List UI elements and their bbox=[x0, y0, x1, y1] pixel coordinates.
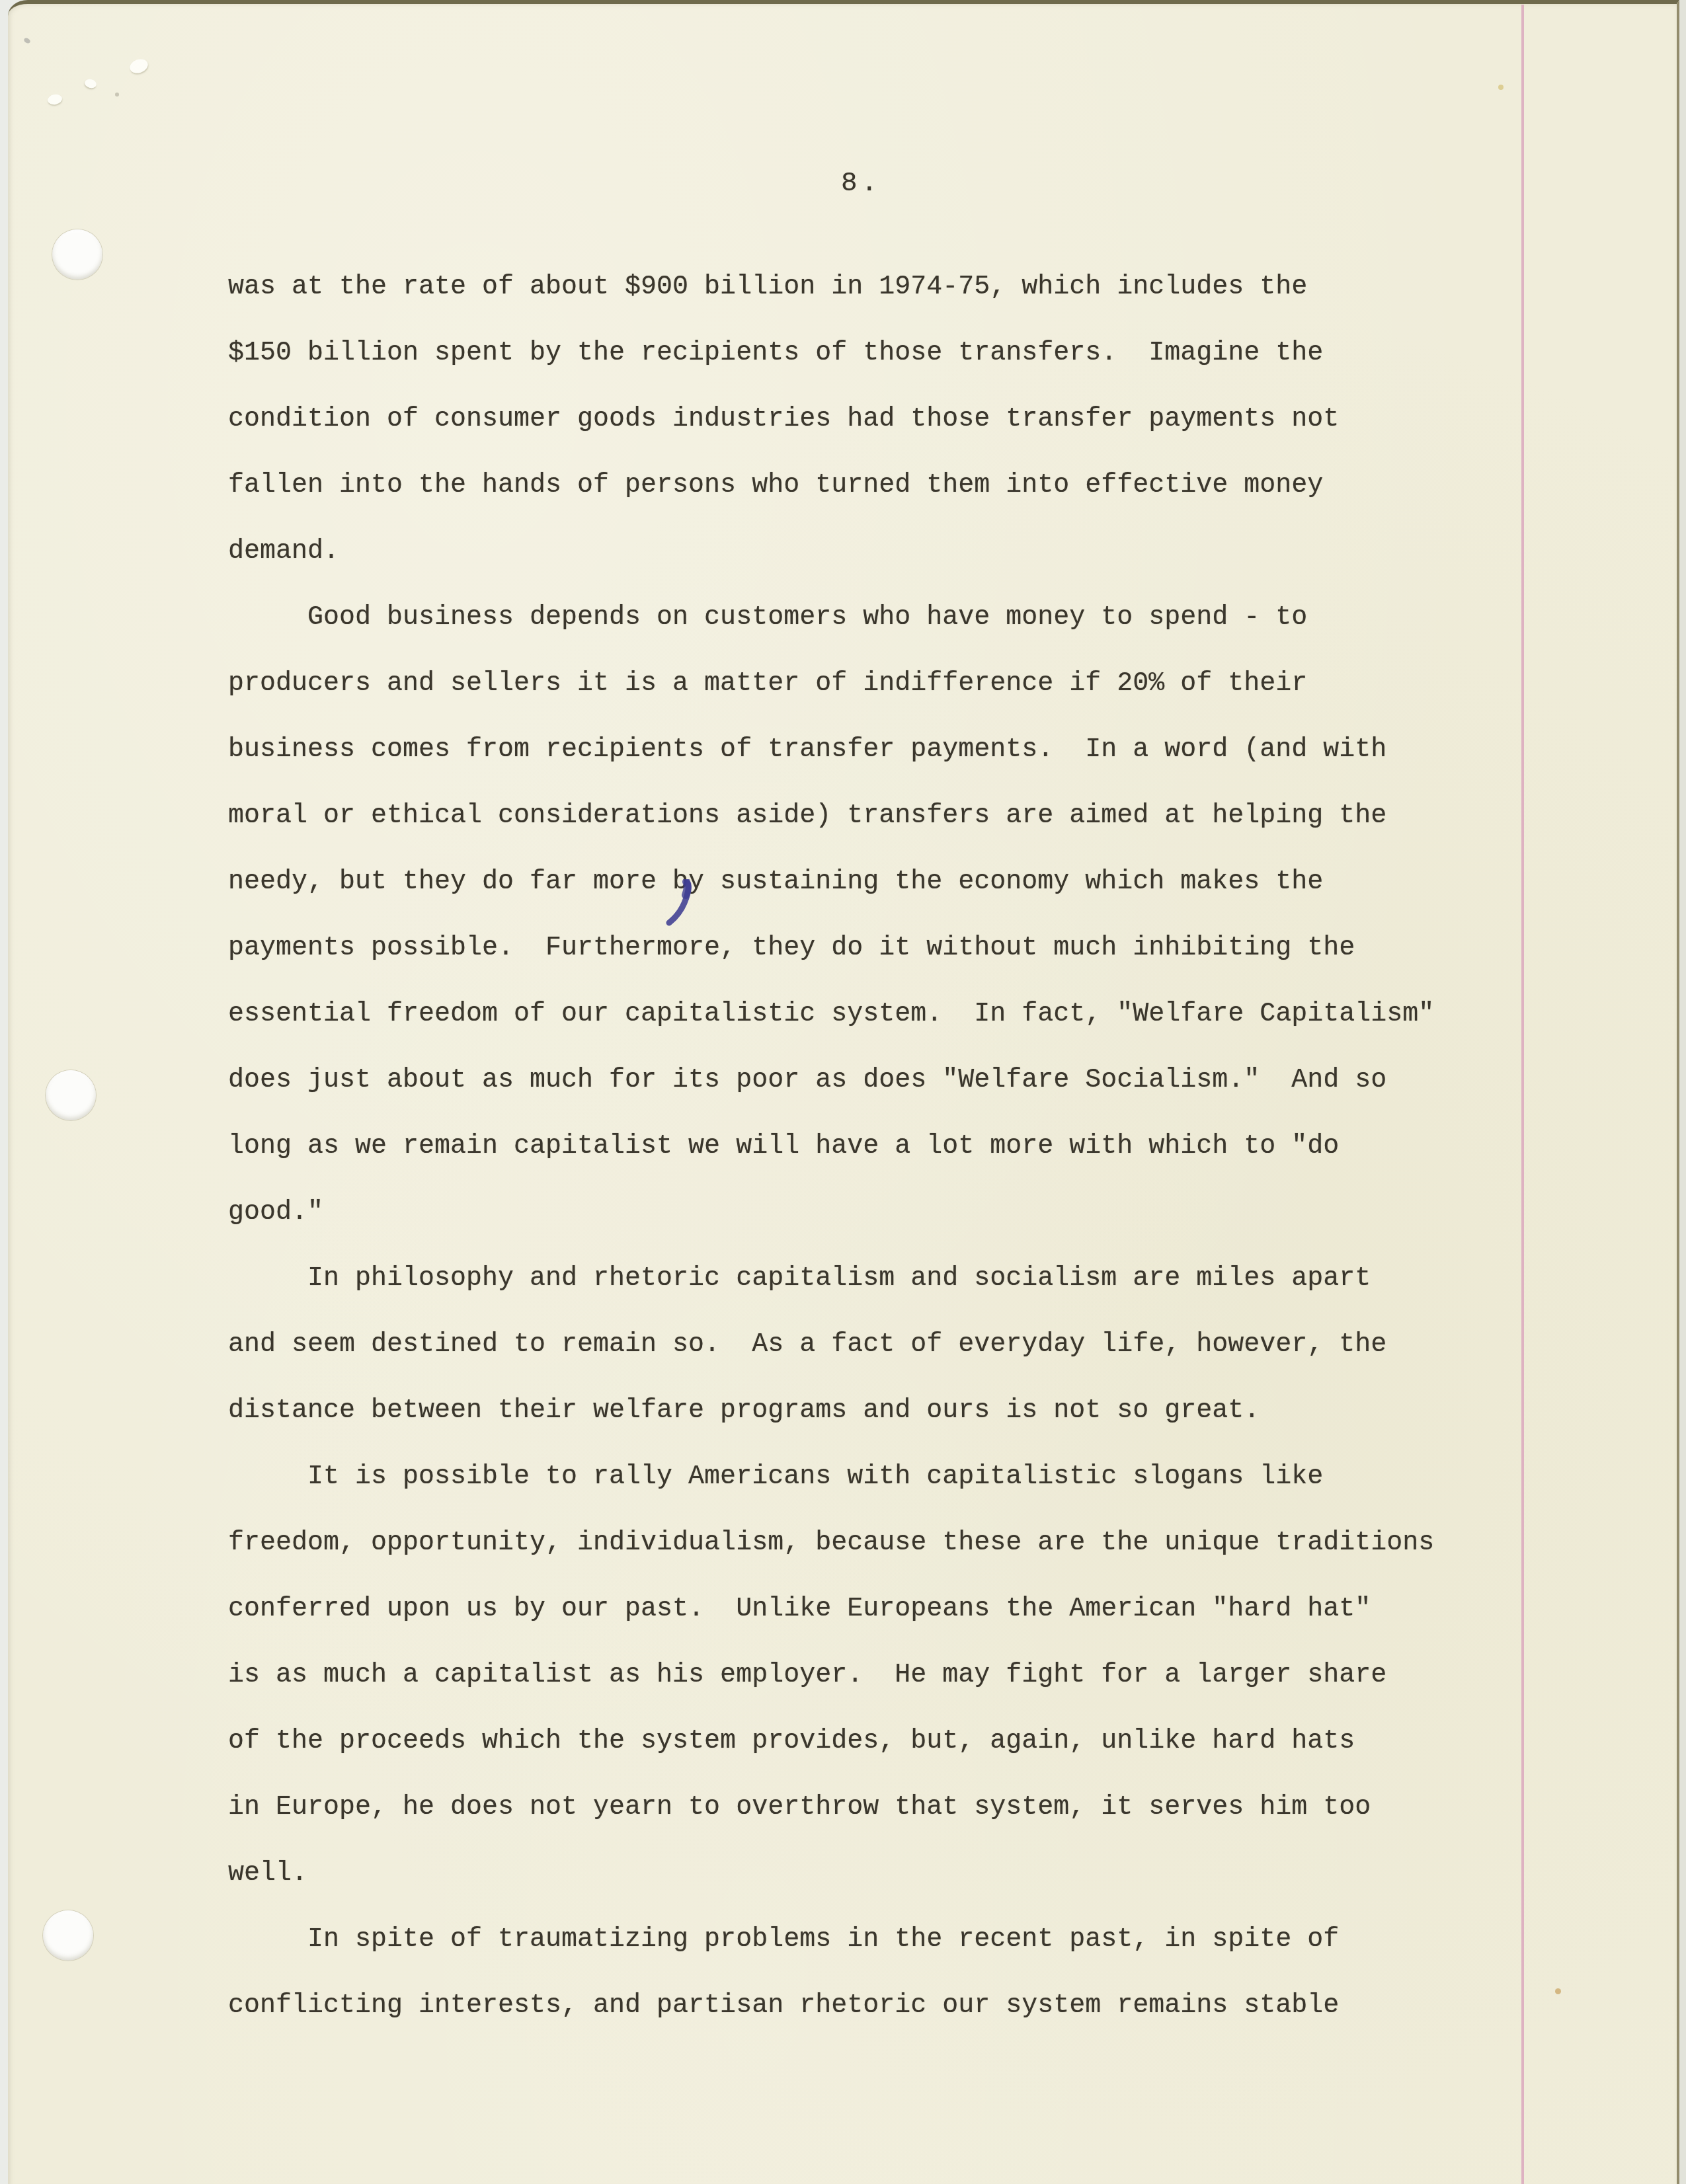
text-line: was at the rate of about $900 billion in… bbox=[228, 254, 1484, 321]
punch-hole bbox=[43, 1910, 93, 1961]
text-line: in Europe, he does not yearn to overthro… bbox=[228, 1775, 1484, 1841]
text-line: condition of consumer goods industries h… bbox=[228, 387, 1484, 453]
paper-speck bbox=[1498, 85, 1504, 90]
text-line: good." bbox=[228, 1180, 1484, 1246]
text-line: business comes from recipients of transf… bbox=[228, 717, 1484, 783]
text-line: essential freedom of our capitalistic sy… bbox=[228, 982, 1484, 1048]
text-line: and seem destined to remain so. As a fac… bbox=[228, 1312, 1484, 1378]
scan-edge-strip bbox=[1679, 0, 1686, 2184]
text-line: does just about as much for its poor as … bbox=[228, 1048, 1484, 1114]
punch-hole bbox=[52, 229, 102, 280]
text-line: $150 billion spent by the recipients of … bbox=[228, 321, 1484, 387]
text-line: demand. bbox=[228, 519, 1484, 585]
text-line: of the proceeds which the system provide… bbox=[228, 1709, 1484, 1775]
text-line: fallen into the hands of persons who tur… bbox=[228, 453, 1484, 519]
text-line: It is possible to rally Americans with c… bbox=[228, 1444, 1484, 1510]
text-line: moral or ethical considerations aside) t… bbox=[228, 783, 1484, 849]
text-line: conflicting interests, and partisan rhet… bbox=[228, 1973, 1484, 2039]
text-line: well. bbox=[228, 1841, 1484, 1907]
paper-speck bbox=[115, 93, 119, 97]
body-text: was at the rate of about $900 billion in… bbox=[228, 254, 1484, 2039]
text-line: distance between their welfare programs … bbox=[228, 1378, 1484, 1444]
punch-hole bbox=[46, 1070, 96, 1120]
text-line: freedom, opportunity, individualism, bec… bbox=[228, 1510, 1484, 1577]
text-line: needy, but they do far more by sustainin… bbox=[228, 849, 1484, 916]
text-line: producers and sellers it is a matter of … bbox=[228, 651, 1484, 717]
paper-speck bbox=[1555, 1988, 1561, 1994]
text-line: In spite of traumatizing problems in the… bbox=[228, 1907, 1484, 1973]
text-line: Good business depends on customers who h… bbox=[228, 585, 1484, 651]
handwritten-comma-mark bbox=[662, 879, 696, 927]
text-line: In philosophy and rhetoric capitalism an… bbox=[228, 1246, 1484, 1312]
text-line: long as we remain capitalist we will hav… bbox=[228, 1114, 1484, 1180]
text-line: is as much a capitalist as his employer.… bbox=[228, 1643, 1484, 1709]
right-margin-rule-line bbox=[1521, 5, 1524, 2184]
text-line: payments possible. Furthermore, they do … bbox=[228, 916, 1484, 982]
scanned-document: 8. was at the rate of about $900 billion… bbox=[0, 0, 1686, 2184]
text-line: conferred upon us by our past. Unlike Eu… bbox=[228, 1577, 1484, 1643]
page-number: 8. bbox=[841, 169, 881, 198]
